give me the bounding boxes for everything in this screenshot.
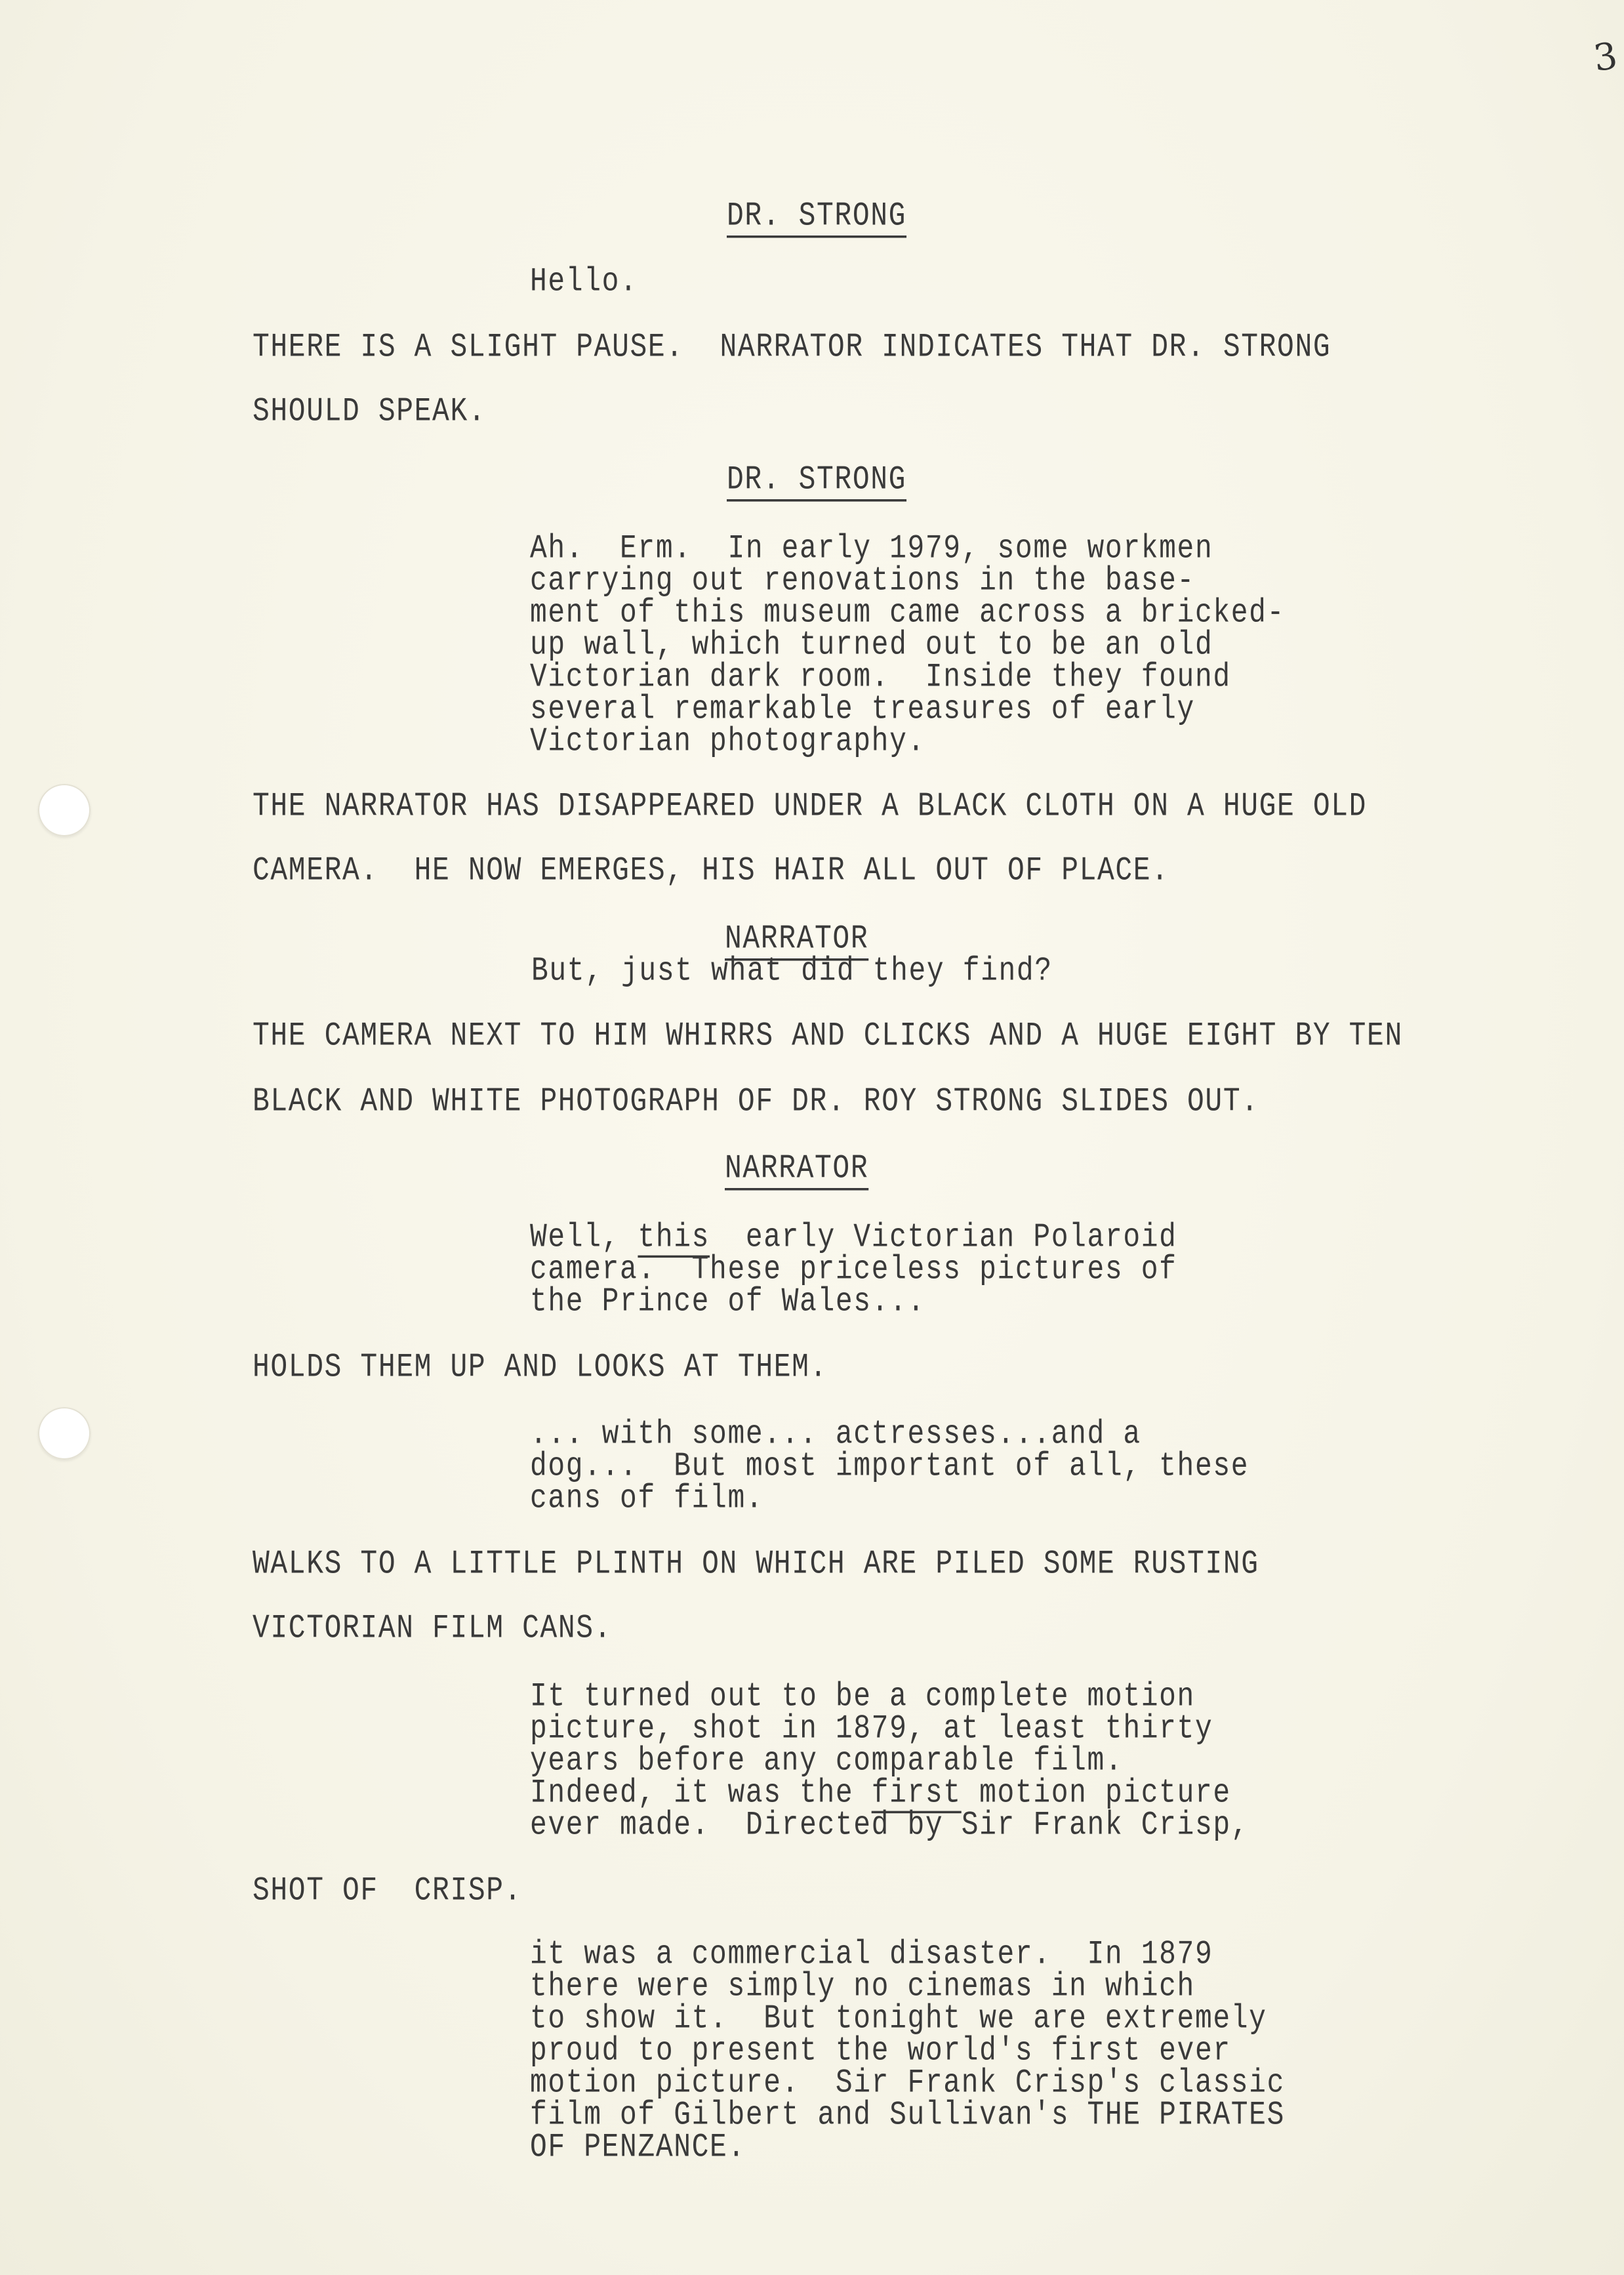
dialogue-line: ever made. Directed by Sir Frank Crisp, xyxy=(530,1806,1249,1844)
action-line: SHOULD SPEAK. xyxy=(253,392,486,430)
dialogue-line: OF PENZANCE. xyxy=(530,2128,746,2166)
action-line: SHOT OF CRISP. xyxy=(253,1872,522,1910)
page-number: 3 xyxy=(1591,35,1620,80)
action-line: BLACK AND WHITE PHOTOGRAPH OF DR. ROY ST… xyxy=(253,1082,1259,1120)
dialogue-line: Hello. xyxy=(530,262,638,300)
dialogue-line: cans of film. xyxy=(530,1479,763,1517)
action-line: THE CAMERA NEXT TO HIM WHIRRS AND CLICKS… xyxy=(253,1017,1403,1055)
punch-hole xyxy=(38,784,91,836)
action-line: THERE IS A SLIGHT PAUSE. NARRATOR INDICA… xyxy=(253,328,1331,366)
action-line: HOLDS THEM UP AND LOOKS AT THEM. xyxy=(253,1348,828,1386)
character-cue: NARRATOR xyxy=(725,1149,868,1187)
action-line: WALKS TO A LITTLE PLINTH ON WHICH ARE PI… xyxy=(253,1545,1259,1583)
action-line: THE NARRATOR HAS DISAPPEARED UNDER A BLA… xyxy=(253,787,1367,825)
action-line: VICTORIAN FILM CANS. xyxy=(253,1609,612,1647)
dialogue-line: Victorian photography. xyxy=(530,722,925,760)
character-cue: DR. STRONG xyxy=(727,461,906,499)
action-line: CAMERA. HE NOW EMERGES, HIS HAIR ALL OUT… xyxy=(253,851,1169,890)
character-cue: DR. STRONG xyxy=(727,197,906,235)
dialogue-line: But, just what did they find? xyxy=(531,952,1053,990)
dialogue-line: the Prince of Wales... xyxy=(530,1282,925,1321)
punch-hole xyxy=(38,1407,91,1460)
script-page: 3 DR. STRONG Hello. THERE IS A SLIGHT PA… xyxy=(0,0,1624,2275)
